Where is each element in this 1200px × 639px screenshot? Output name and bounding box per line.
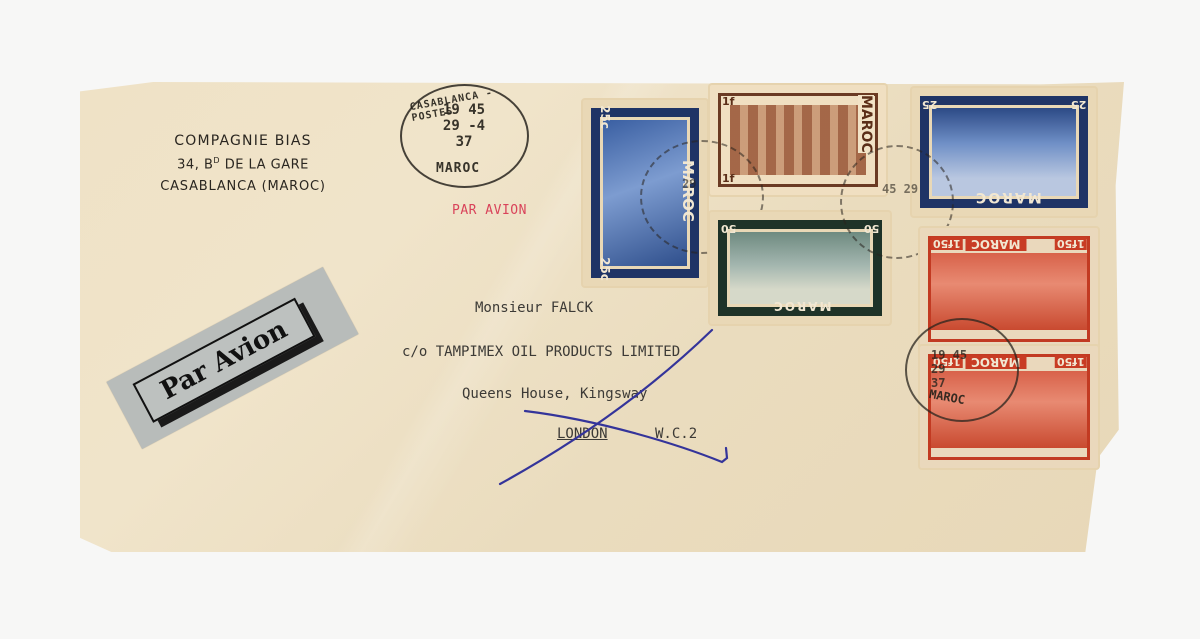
stamp-country: MAROC: [858, 95, 874, 153]
stamp-country: MAROC: [772, 299, 831, 313]
stamp-value: 50: [721, 222, 736, 235]
recipient-district: W.C.2: [655, 426, 697, 442]
stamp-value: 1f50: [1055, 355, 1087, 368]
postmark-date: 19 45 29 37: [931, 348, 967, 390]
sender-company: COMPAGNIE BIAS: [118, 133, 368, 149]
postmark-date-line: 19 45: [931, 348, 967, 362]
stamp-value: 1f: [722, 95, 734, 108]
postmark-date-line: 29 -4: [436, 118, 492, 134]
sender-street: 34, BD DE LA GARE: [118, 156, 368, 172]
recipient-name: Monsieur FALCK: [475, 300, 593, 316]
stamp-value: 25: [1071, 98, 1086, 111]
stamp-picture: [730, 232, 870, 304]
street-name: DE LA GARE: [220, 157, 309, 172]
postmark-date: 45 29: [882, 182, 918, 196]
recipient-street: Queens House, Kingsway: [462, 386, 647, 402]
postmark-date: 19 45 29 -4 37: [436, 102, 492, 150]
par-avion-red-mark: PAR AVION: [452, 203, 527, 218]
stamp-picture: [932, 108, 1076, 196]
postmark-ring-bottom: MAROC: [436, 161, 480, 176]
stamp-value: 25: [922, 98, 937, 111]
stamp-value: 1f50: [931, 237, 963, 250]
postmark-date: 29: [682, 177, 696, 191]
postmark-date-line: 37: [436, 134, 492, 150]
stamp-value: 1f50: [1055, 237, 1087, 250]
postmark-casablanca: CASABLANCA - POSTES 19 45 29 -4 37 MAROC: [400, 84, 529, 188]
stamp-country: MAROC: [965, 237, 1026, 251]
postmark-casablanca-2: 19 45 29 37 MAROC: [905, 318, 1019, 422]
street-number: 34, B: [177, 157, 213, 172]
stamp-value: 25c: [598, 257, 612, 281]
stamp-value: 25c: [598, 105, 612, 129]
postmark-date-line: 29: [931, 362, 967, 376]
sender-city: CASABLANCA (MAROC): [118, 179, 368, 194]
sender-address: COMPAGNIE BIAS 34, BD DE LA GARE CASABLA…: [118, 133, 368, 194]
stamp-country: MAROC: [974, 189, 1042, 205]
recipient-city: LONDON: [557, 426, 608, 442]
recipient-company: c/o TAMPIMEX OIL PRODUCTS LIMITED: [402, 344, 680, 360]
postmark-date-line: 19 45: [436, 102, 492, 118]
